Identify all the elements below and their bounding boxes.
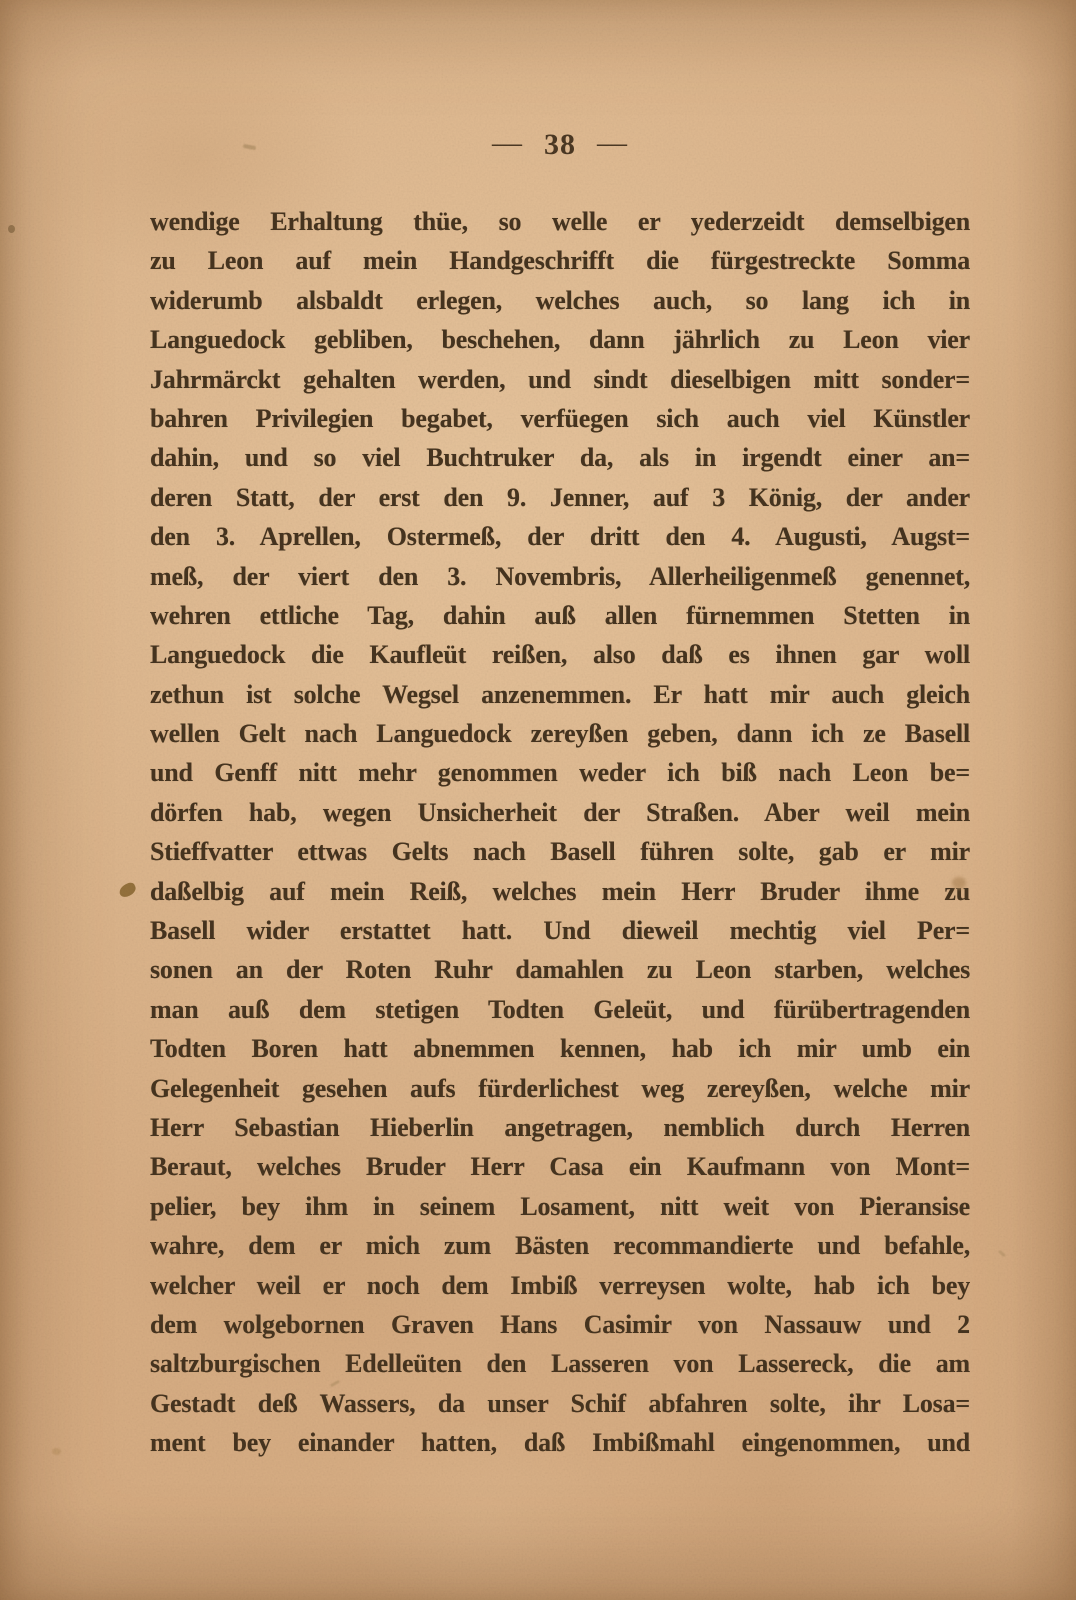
- text-line: zu Leon auf mein Handgeschrifft die fürg…: [150, 241, 970, 280]
- text-line: daßelbig auf mein Reiß, welches mein Her…: [150, 872, 970, 911]
- text-line: Jahrmärckt gehalten werden, und sindt di…: [150, 360, 970, 399]
- header-right-dash: —: [597, 126, 628, 160]
- page-number: 38: [544, 128, 576, 161]
- paper-speck: [8, 225, 15, 233]
- text-line: Languedock gebliben, beschehen, dann jäh…: [150, 320, 970, 359]
- text-line: Basell wider erstattet hatt. Und dieweil…: [150, 911, 970, 950]
- text-line: sonen an der Roten Ruhr damahlen zu Leon…: [150, 950, 970, 989]
- text-line: saltzburgischen Edelleüten den Lasseren …: [150, 1344, 970, 1383]
- book-page-scan: —38— wendige Erhaltung thüe, so welle er…: [0, 0, 1076, 1600]
- text-line: Gelegenheit gesehen aufs fürderlichest w…: [150, 1069, 970, 1108]
- text-line: man auß dem stetigen Todten Geleüt, und …: [150, 990, 970, 1029]
- text-line: wendige Erhaltung thüe, so welle er yede…: [150, 202, 970, 241]
- text-line: meß, der viert den 3. Novembris, Allerhe…: [150, 557, 970, 596]
- text-line: wehren ettliche Tag, dahin auß allen für…: [150, 596, 970, 635]
- text-line: Gestadt deß Wassers, da unser Schif abfa…: [150, 1384, 970, 1423]
- text-line: wahre, dem er mich zum Bästen recommandi…: [150, 1226, 970, 1265]
- header-left-dash: —: [492, 126, 523, 160]
- text-line: pelier, bey ihm in seinem Losament, nitt…: [150, 1187, 970, 1226]
- text-line: wellen Gelt nach Languedock zereyßen geb…: [150, 714, 970, 753]
- text-line: Herr Sebastian Hieberlin angetragen, nem…: [150, 1108, 970, 1147]
- text-line: zethun ist solche Wegsel anzenemmen. Er …: [150, 675, 970, 714]
- page-header: —38—: [150, 128, 970, 172]
- text-line: bahren Privilegien begabet, verfüegen si…: [150, 399, 970, 438]
- paper-speck: [52, 1448, 61, 1455]
- text-line: deren Statt, der erst den 9. Jenner, auf…: [150, 478, 970, 517]
- text-line: Todten Boren hatt abnemmen kennen, hab i…: [150, 1029, 970, 1068]
- text-line: den 3. Aprellen, Ostermeß, der dritt den…: [150, 517, 970, 556]
- body-text-block: wendige Erhaltung thüe, so welle er yede…: [150, 202, 970, 1463]
- text-line: Languedock die Kaufleüt reißen, also daß…: [150, 635, 970, 674]
- text-line: ment bey einander hatten, daß Imbißmahl …: [150, 1423, 970, 1462]
- text-line: Stieffvatter ettwas Gelts nach Basell fü…: [150, 832, 970, 871]
- text-line: Beraut, welches Bruder Herr Casa ein Kau…: [150, 1147, 970, 1186]
- paper-fiber: [998, 1250, 1006, 1257]
- text-line: dörfen hab, wegen Unsicherheit der Straß…: [150, 793, 970, 832]
- text-line: widerumb alsbaldt erlegen, welches auch,…: [150, 281, 970, 320]
- text-line: welcher weil er noch dem Imbiß verreysen…: [150, 1266, 970, 1305]
- text-line: und Genff nitt mehr genommen weder ich b…: [150, 753, 970, 792]
- text-line: dahin, und so viel Buchtruker da, als in…: [150, 438, 970, 477]
- margin-ink-blot: [117, 881, 137, 899]
- text-line: dem wolgebornen Graven Hans Casimir von …: [150, 1305, 970, 1344]
